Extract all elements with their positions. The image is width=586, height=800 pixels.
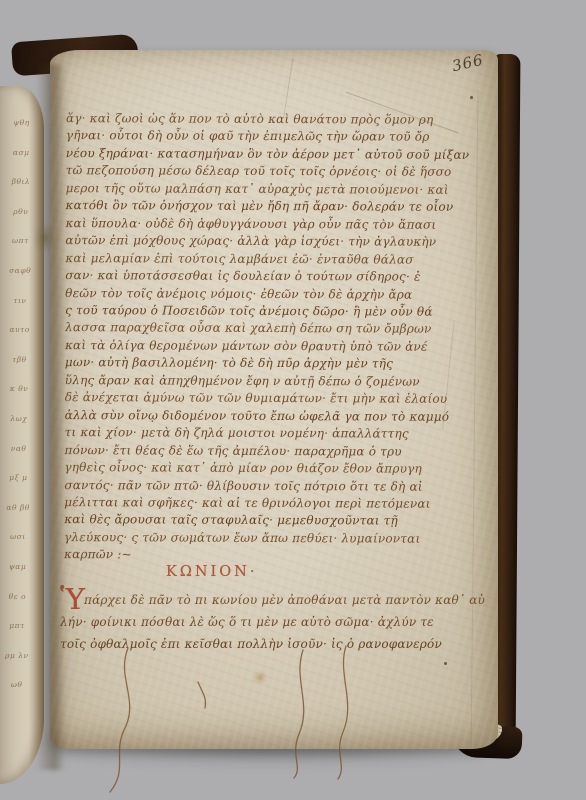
pen-flourishes <box>80 642 380 797</box>
text-line: σαν· καὶ ὑποτάσσεσθαι ἰς δουλείαν ὁ τούτ… <box>65 267 477 286</box>
text-line: γλεύκους· ς τῶν σωμάτων ἔων ἄπω πεθύει· … <box>64 529 476 548</box>
text-line: καὶ θὲς ἄρουσαι ταῖς σταφυλαῖς· μεμεθυσχ… <box>64 512 476 531</box>
text-fragment: ωσι <box>0 522 36 552</box>
text-line: αὐτῶν ἐπὶ μόχθους χώρας· ἀλλὰ γὰρ ἰσχύει… <box>65 232 477 251</box>
text-line: τι καὶ χίον· μετὰ δὴ ζηλά μοιστοι νομένη… <box>65 424 477 443</box>
text-line: νέου ξηράναι· κατασημήναν ὃν τὸν ἀέρον μ… <box>66 145 478 164</box>
text-fragment: κ θν <box>1 374 37 404</box>
text-fragment: λωχ <box>1 404 37 434</box>
text-fragment: μξ μ <box>0 463 36 493</box>
text-line: μων· αὐτὴ βασιλλομένη· τὸ δὲ δὴ πῦρ ἀρχὴ… <box>65 354 477 373</box>
manuscript-photograph: ψθηασμβθιλρθυωπτσαφθτιναυτοτβθκ θνλωχναθ… <box>0 0 586 800</box>
text-fragment: μπτ <box>0 611 35 641</box>
manuscript-page: 366 ἅγ· καὶ ζωοὶ ὡς ἅν πον τὸ αὐτὸ καὶ θ… <box>50 50 498 749</box>
text-line: καὶ μελαμίαν ἐπὶ τούτοις λαμβάνει ἐῶ· ἐν… <box>65 250 477 269</box>
text-fragment: ωπτ <box>2 226 38 256</box>
text-line: ὕλης ἄραν καὶ ἀπηχθημένον ἔφη ν αὐτῇ δέπ… <box>65 372 477 391</box>
text-fragment: ναθ <box>0 433 36 463</box>
text-fragment: ψθη <box>3 108 39 138</box>
text-line: κατόθι ὃν τῶν ὀνήσχον ταὶ μὲν ἤδη πῆ ἄρα… <box>66 197 478 216</box>
text-line: καρπῶν :~ <box>64 546 476 565</box>
text-line: τῶ πεζοπούση μέσω δέλεαρ τοῦ τοῖς τοῖς ὀ… <box>66 162 478 181</box>
facing-page-text-fragments: ψθηασμβθιλρθυωπτσαφθτιναυτοτβθκ θνλωχναθ… <box>0 108 40 700</box>
text-fragment: αθ βθ <box>0 493 36 523</box>
text-line: πάρχει δὲ πᾶν τὸ πι κωνίου μὲν ἀποθάναι … <box>60 590 486 612</box>
text-line: θεῶν τὸν τοῖς ἀνέμοις νόμοις· ἐθεῶν τὸν … <box>65 285 477 304</box>
folio-number: 366 <box>451 51 486 76</box>
text-fragment: ρθυ <box>3 197 39 227</box>
text-fragment: θε ο <box>0 581 35 611</box>
text-fragment: τιν <box>2 285 38 315</box>
text-fragment: τβθ <box>1 345 37 375</box>
rubricated-initial: Ὑ <box>60 585 85 614</box>
text-line: λασσα παραχθεῖσα οὖσα καὶ χαλεπὴ δέπω ση… <box>65 320 477 339</box>
text-fragment: αυτο <box>2 315 38 345</box>
facing-page-edge: ψθηασμβθιλρθυωπτσαφθτιναυτοτβθκ θνλωχναθ… <box>0 86 44 784</box>
text-fragment: ωθ <box>0 670 35 700</box>
text-fragment: ρμ λν <box>0 641 35 671</box>
text-fragment: ασμ <box>3 137 39 167</box>
chapter-heading-rubric: ΚΩΝΙΟΝ· <box>166 564 257 580</box>
text-line: λήν· φοίνικι πόσθαι λὲ ὥς ὅ τι μὲν με αὐ… <box>60 612 486 634</box>
text-line: ἀλλὰ σὺν οἴνῳ διδομένον τοῦτο ἔπω ὠφελᾶ … <box>65 407 477 426</box>
parchment-crease <box>283 58 293 115</box>
text-line: ς τοῦ ταύρου ὁ Ποσειδῶν τοῖς ἀνέμοις δῶρ… <box>65 302 477 321</box>
text-fragment: ψαμ <box>0 552 36 582</box>
text-line: καὶ ὕπουλα· οὐδὲ δὴ ἀφθυγγάνουσι γὰρ οὖν… <box>65 215 477 234</box>
text-line: μεροι τῆς οὕτω μαλπάση κατ᾽ αὐραχὺς μετὰ… <box>66 180 478 199</box>
text-line: δὲ ἀνέχεται ἀμύνω τῶν τῶν θυμιαμάτων· ἔτ… <box>65 389 477 408</box>
text-line: γηθεὶς οἶνος· καὶ κατ᾽ ἀπὸ μίαν ρον θιάζ… <box>64 459 476 478</box>
text-line: σαντός· πᾶν τῶν πτῶ· θλίβουσιν τοῖς πότρ… <box>64 477 476 496</box>
text-line: μέλιτται καὶ σφῆκες· καὶ αἱ τε θρινόλογο… <box>64 494 476 513</box>
ink-fleck <box>470 96 473 99</box>
text-fragment: βθιλ <box>3 167 39 197</box>
text-line: καὶ τὰ ὀλίγα θερομένων μάντων σὸν θραυτὴ… <box>65 337 477 356</box>
text-line: πόνων· ἔτι θέας δὲ ἕω τῆς ἀμπέλου· παραχ… <box>64 442 476 461</box>
text-line: ἅγ· καὶ ζωοὶ ὡς ἅν πον τὸ αὐτὸ καὶ θανάτ… <box>66 110 478 129</box>
text-fragment: σαφθ <box>2 256 38 286</box>
ink-fleck <box>444 662 447 665</box>
text-line: γῆναι· οὗτοι δὴ οὖν οἱ φαῦ τὴν ἐπιμελῶς … <box>66 128 478 147</box>
main-text-block: ἅγ· καὶ ζωοὶ ὡς ἅν πον τὸ αὐτὸ καὶ θανάτ… <box>64 110 478 566</box>
